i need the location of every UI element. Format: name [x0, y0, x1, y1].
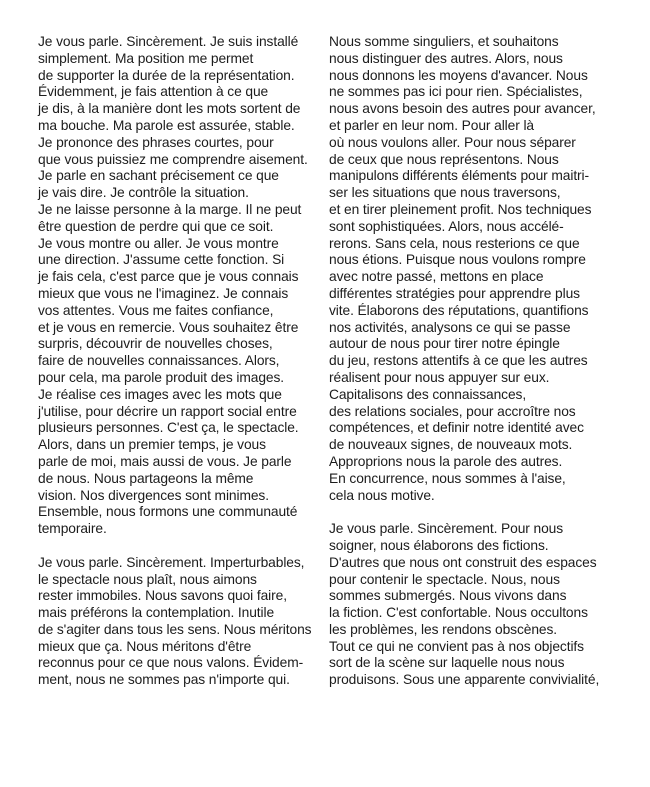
- text-column-right: Nous somme singuliers, et souhaitons nou…: [329, 34, 629, 706]
- paragraph-right-1: Nous somme singuliers, et souhaitons nou…: [329, 34, 629, 504]
- paragraph-left-2: Je vous parle. Sincèrement. Imperturbabl…: [38, 555, 329, 689]
- paragraph-left-1: Je vous parle. Sincèrement. Je suis inst…: [38, 34, 329, 538]
- paragraph-right-2: Je vous parle. Sincèrement. Pour nous so…: [329, 521, 629, 689]
- document-page: Je vous parle. Sincèrement. Je suis inst…: [0, 0, 650, 706]
- text-column-left: Je vous parle. Sincèrement. Je suis inst…: [38, 34, 329, 706]
